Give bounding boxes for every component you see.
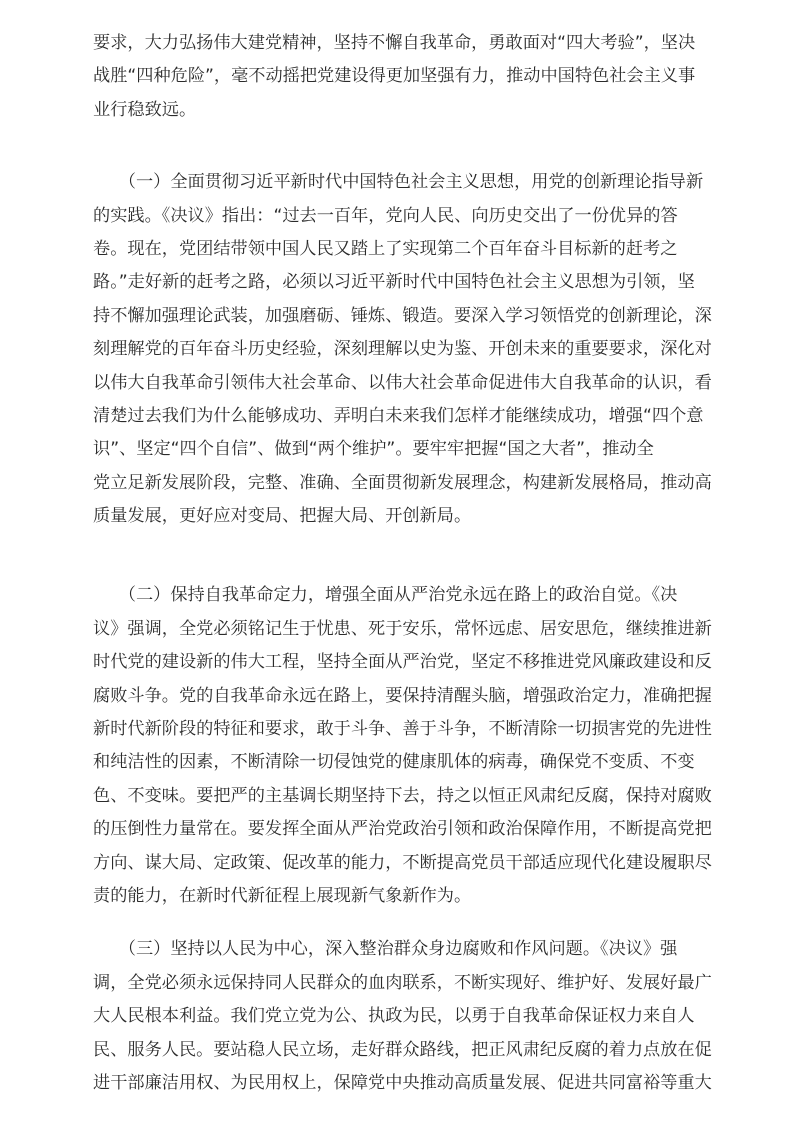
paragraph-section-1: （一）全面贯彻习近平新时代中国特色社会主义思想，用党的创新理论指导新 的实践。《… bbox=[93, 166, 705, 533]
text-line: 新时代新阶段的特征和要求，敢于斗争、善于斗争，不断清除一切损害党的先进性 bbox=[93, 713, 705, 746]
text-line: 调，全党必须永远保持同人民群众的血肉联系，不断实现好、维护好、发展好最广 bbox=[93, 967, 705, 1000]
text-line: 质量发展，更好应对变局、把握大局、开创新局。 bbox=[93, 500, 705, 533]
text-line: 卷。现在，党团结带领中国人民又踏上了实现第二个百年奋斗目标新的赶考之 bbox=[93, 233, 705, 266]
text-line: （一）全面贯彻习近平新时代中国特色社会主义思想，用党的创新理论指导新 bbox=[93, 166, 705, 199]
text-line: 路。”走好新的赶考之路，必须以习近平新时代中国特色社会主义思想为引领，坚 bbox=[93, 266, 705, 299]
text-line: 党立足新发展阶段，完整、准确、全面贯彻新发展理念，构建新发展格局，推动高 bbox=[93, 467, 705, 500]
text-line: 的压倒性力量常在。要发挥全面从严治党政治引领和政治保障作用，不断提高党把 bbox=[93, 813, 705, 846]
text-line: 色、不变味。要把严的主基调长期坚持下去，持之以恒正风肃纪反腐，保持对腐败 bbox=[93, 780, 705, 813]
document-page: 要求，大力弘扬伟大建党精神，坚持不懈自我革命，勇敢面对“四大考验”，坚决 战胜“… bbox=[93, 27, 705, 1100]
text-line: 识”、坚定“四个自信”、做到“两个维护”。要牢牢把握“国之大者”，推动全 bbox=[93, 433, 705, 466]
text-line: （二）保持自我革命定力，增强全面从严治党永远在路上的政治自觉。《决 bbox=[93, 579, 705, 612]
paragraph-spacer bbox=[93, 533, 705, 579]
text-line: 持不懈加强理论武装，加强磨砺、锤炼、锻造。要深入学习领悟党的创新理论，深 bbox=[93, 300, 705, 333]
text-line: 和纯洁性的因素，不断清除一切侵蚀党的健康肌体的病毒，确保党不变质、不变 bbox=[93, 746, 705, 779]
text-line: 议》强调，全党必须铭记生于忧患、死于安乐，常怀远虑、居安思危，继续推进新 bbox=[93, 613, 705, 646]
text-line: 责的能力，在新时代新征程上展现新气象新作为。 bbox=[93, 880, 705, 913]
text-line: 的实践。《决议》指出：“过去一百年，党向人民、向历史交出了一份优异的答 bbox=[93, 200, 705, 233]
text-line: （三）坚持以人民为中心，深入整治群众身边腐败和作风问题。《决议》强 bbox=[93, 933, 705, 966]
text-line: 刻理解党的百年奋斗历史经验，深刻理解以史为鉴、开创未来的重要要求，深化对 bbox=[93, 333, 705, 366]
text-line: 民、服务人民。要站稳人民立场，走好群众路线，把正风肃纪反腐的着力点放在促 bbox=[93, 1034, 705, 1067]
text-line: 要求，大力弘扬伟大建党精神，坚持不懈自我革命，勇敢面对“四大考验”，坚决 bbox=[93, 27, 705, 60]
text-line: 大人民根本利益。我们党立党为公、执政为民，以勇于自我革命保证权力来自人 bbox=[93, 1000, 705, 1033]
text-line: 时代党的建设新的伟大工程，坚持全面从严治党，坚定不移推进党风廉政建设和反 bbox=[93, 646, 705, 679]
text-line: 以伟大自我革命引领伟大社会革命、以伟大社会革命促进伟大自我革命的认识，看 bbox=[93, 367, 705, 400]
text-line: 腐败斗争。党的自我革命永远在路上，要保持清醒头脑，增强政治定力，准确把握 bbox=[93, 680, 705, 713]
paragraph-spacer bbox=[93, 913, 705, 933]
text-line: 方向、谋大局、定政策、促改革的能力，不断提高党员干部适应现代化建设履职尽 bbox=[93, 847, 705, 880]
text-line: 业行稳致远。 bbox=[93, 94, 705, 127]
paragraph-spacer bbox=[93, 127, 705, 166]
paragraph-section-3: （三）坚持以人民为中心，深入整治群众身边腐败和作风问题。《决议》强 调，全党必须… bbox=[93, 933, 705, 1100]
text-line: 进干部廉洁用权、为民用权上，保障党中央推动高质量发展、促进共同富裕等重大 bbox=[93, 1067, 705, 1100]
paragraph-intro-continuation: 要求，大力弘扬伟大建党精神，坚持不懈自我革命，勇敢面对“四大考验”，坚决 战胜“… bbox=[93, 27, 705, 127]
text-line: 战胜“四种危险”，毫不动摇把党建设得更加坚强有力，推动中国特色社会主义事 bbox=[93, 60, 705, 93]
text-line: 清楚过去我们为什么能够成功、弄明白未来我们怎样才能继续成功，增强“四个意 bbox=[93, 400, 705, 433]
paragraph-section-2: （二）保持自我革命定力，增强全面从严治党永远在路上的政治自觉。《决 议》强调，全… bbox=[93, 579, 705, 913]
